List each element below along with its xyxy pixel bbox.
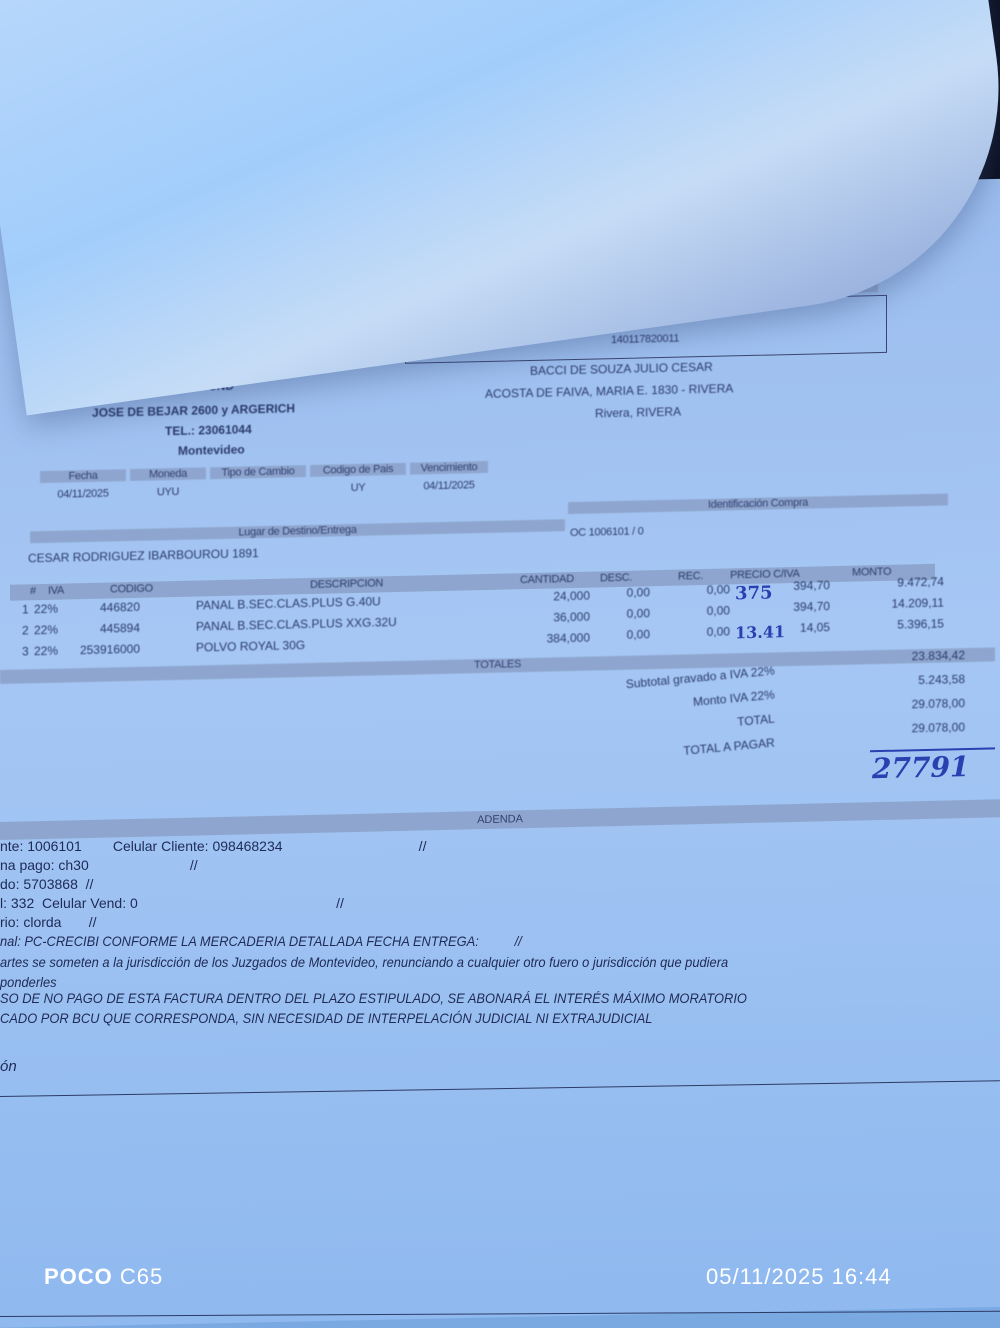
adenda-line: l: 332 Celular Vend: 0 // [0,895,344,911]
destino-title: Lugar de Destino/Entrega [30,519,565,543]
col-codigo: CODIGO [110,583,153,596]
col-cantidad: CANTIDAD [520,573,574,586]
device-brand: POCO [44,1264,113,1289]
adenda-title: ADENDA [0,799,1000,840]
item-cell-codigo: 445894 [20,621,140,638]
col-n: # [30,585,36,597]
identificacion-title: Identificación Compra [568,493,948,514]
totales-value: 29.078,00 [830,720,965,737]
item-cell-codigo: 253916000 [20,642,140,659]
legal-text: SO DE NO PAGO DE ESTA FACTURA DENTRO DEL… [0,990,747,1006]
meta-header: Fecha [40,469,126,483]
item-cell-descripcion: PANAL B.SEC.CLAS.PLUS XXG.32U [196,615,397,634]
item-cell-descripcion: POLVO ROYAL 30G [196,638,305,654]
meta-header: Moneda [130,467,206,481]
footer-fragment: ón [0,1058,17,1075]
receptor-name: BACCI DE SOUZA JULIO CESAR [530,360,713,378]
item-cell-codigo: 446820 [20,600,140,617]
receptor-city: Rivera, RIVERA [595,405,681,421]
meta-value: UYU [130,485,206,499]
meta-value [210,483,306,497]
totales-value: 29.078,00 [830,696,965,713]
meta-value: 04/11/2025 [40,487,126,501]
item-cell-monto: 5.396,15 [824,617,944,634]
handwritten-note: 13.41 [735,622,785,642]
emisor-address: JOSE DE BEJAR 2600 y ARGERICH [92,401,295,420]
meta-header: Tipo de Cambio [210,465,306,479]
meta-value: UY [310,481,406,495]
meta-header: Codigo de Pais [310,463,406,477]
adenda-line: nte: 1006101 Celular Cliente: 098468234 … [0,838,426,854]
col-rec: REC. [678,570,703,583]
emisor-city: Montevideo [178,442,245,458]
adenda-line: do: 5703868 // [0,876,93,892]
totales-value: 23.834,42 [830,648,965,665]
device-watermark: POCO C65 [44,1264,163,1290]
meta-header: Vencimiento [410,461,488,475]
emisor-phone: TEL.: 23061044 [165,422,252,438]
receptor-address: ACOSTA DE FAIVA, MARIA E. 1830 - RIVERA [485,381,733,401]
item-cell-monto: 9.472,74 [824,575,944,592]
adenda-line: na pago: ch30 // [0,857,198,873]
item-cell-descripcion: PANAL B.SEC.CLAS.PLUS G.40U [196,594,381,612]
col-descripcion: DESCRIPCION [310,577,383,591]
item-cell-monto: 14.209,11 [824,596,944,613]
adenda-line: nal: PC-CRECIBI CONFORME LA MERCADERIA D… [0,933,522,949]
handwritten-total: 27791 [872,750,969,785]
device-model: C65 [120,1264,163,1289]
meta-value-row: 04/11/2025 UYU UY 04/11/2025 [40,479,488,501]
legal-text: artes se someten a la jurisdicción de lo… [0,954,728,970]
legal-text: ponderles [0,974,57,990]
col-desc: DESC. [600,572,632,585]
photo-timestamp: 05/11/2025 16:44 [706,1264,892,1290]
adenda-line: rio: clorda // [0,914,96,930]
handwritten-note: 375 [735,582,773,604]
destino-value: CESAR RODRIGUEZ IBARBOUROU 1891 [28,546,259,565]
meta-value: 04/11/2025 [410,479,488,493]
col-iva: IVA [48,585,64,597]
identificacion-value: OC 1006101 / 0 [570,525,643,539]
totales-value: 5.243,58 [830,672,965,689]
legal-text: CADO POR BCU QUE CORRESPONDA, SIN NECESI… [0,1010,652,1026]
